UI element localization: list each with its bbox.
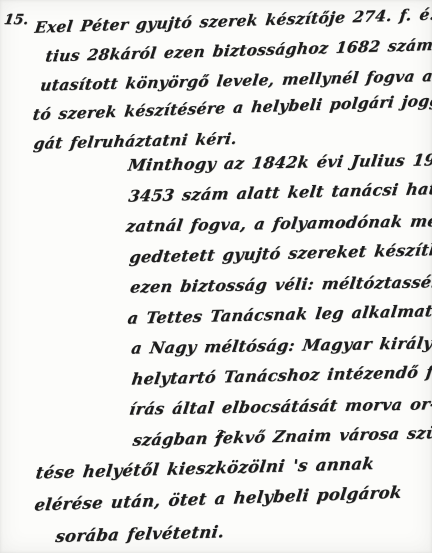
paragraph-opening: Exel Péter gyujtó szerek készítője 274. …	[26, 3, 432, 158]
paragraph-resolution: Minthogy az 1842k évi Julius 19kén 3453 …	[125, 145, 432, 455]
paragraph-closing: tése helyétől kieszközölni 's annak elér…	[33, 446, 432, 553]
insertion-mark: 2	[215, 428, 225, 441]
manuscript-page: 15. Exel Péter gyujtó szerek készítője 2…	[0, 0, 432, 553]
